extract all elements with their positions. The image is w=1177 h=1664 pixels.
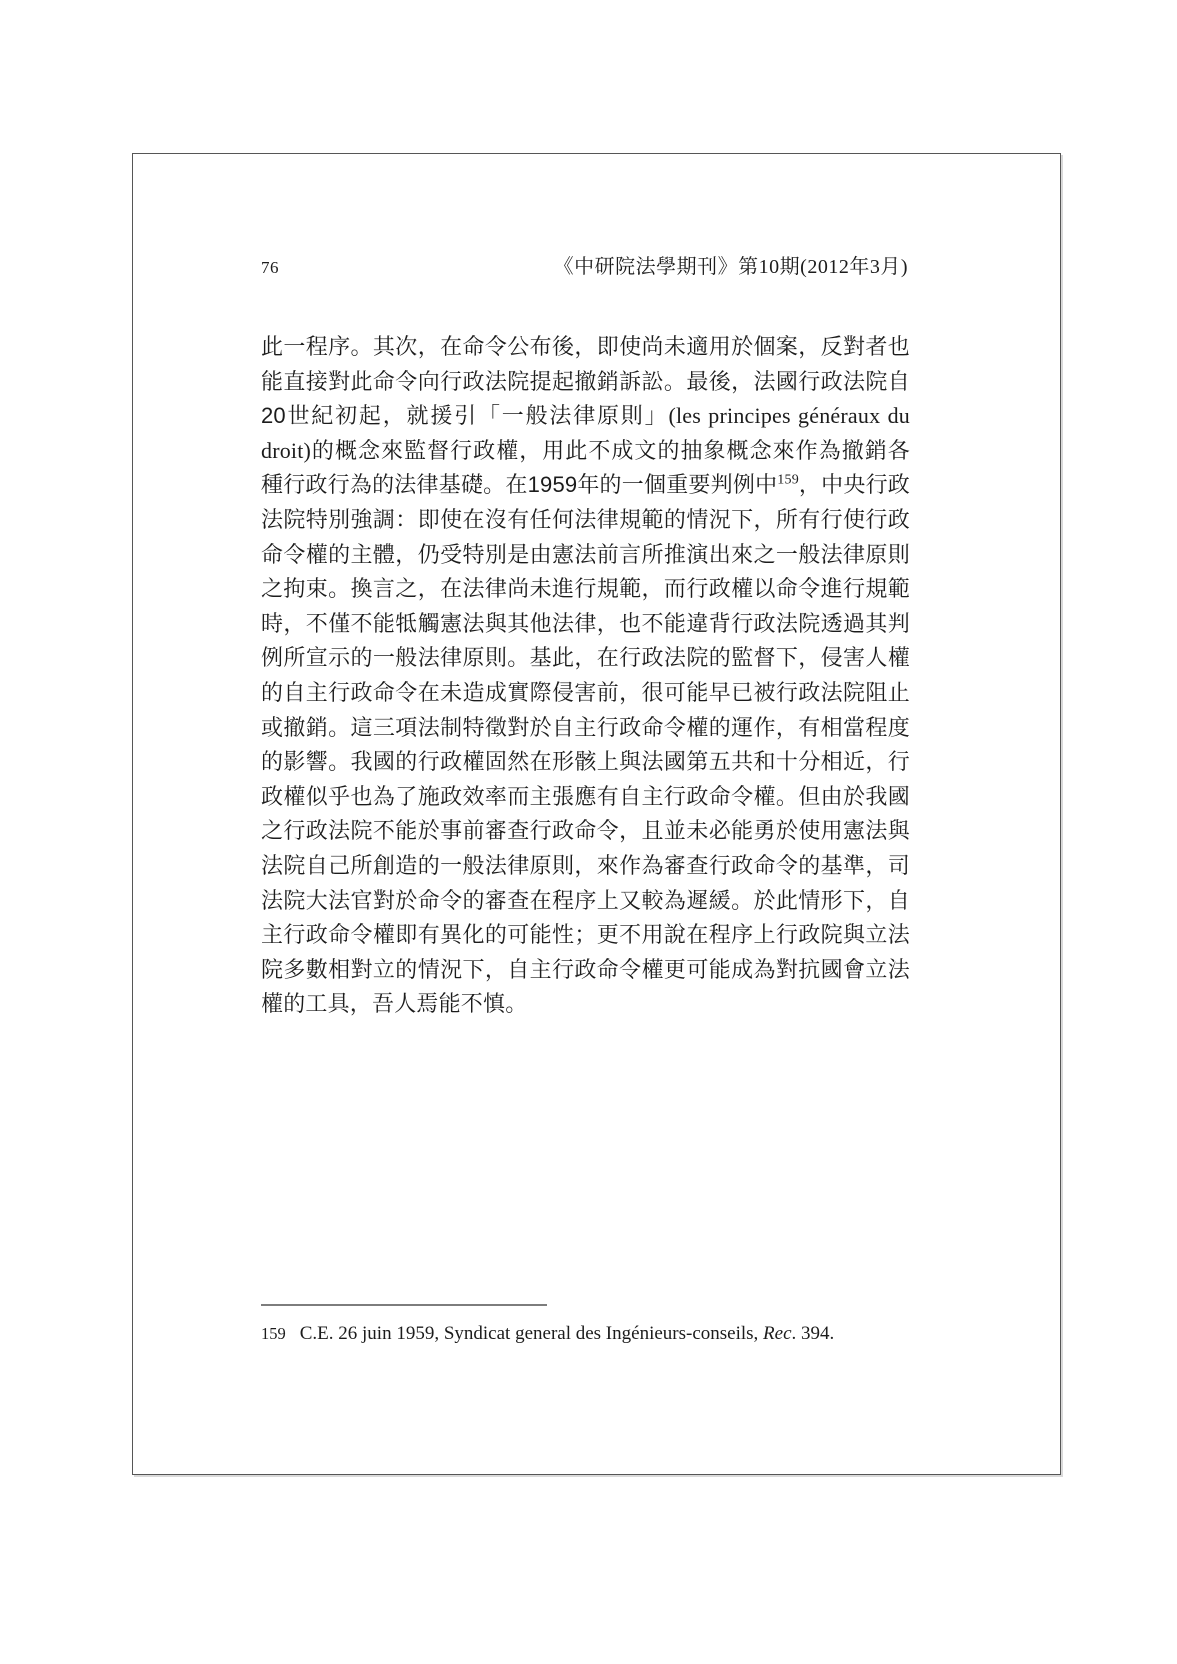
- footnote-reference-marker: 159: [777, 473, 799, 488]
- journal-header-title: 《中研院法學期刊》第10期(2012年3月): [554, 250, 908, 279]
- page-header: 76 《中研院法學期刊》第10期(2012年3月): [261, 250, 908, 279]
- footnote-citation-text: C.E. 26 juin 1959, Syndicat general des …: [300, 1323, 763, 1344]
- footnote-number: 159: [261, 1321, 286, 1346]
- body-text-segment-3: ，中央行政法院特別強調：即使在沒有任何法律規範的情況下，所有行使行政命令權的主體…: [261, 472, 910, 1016]
- journal-page-sheet: 76 《中研院法學期刊》第10期(2012年3月) 此一程序。其次，在命令公布後…: [132, 153, 1061, 1475]
- footnote-entry: 159C.E. 26 juin 1959, Syndicat general d…: [261, 1321, 910, 1346]
- page-number: 76: [261, 258, 279, 278]
- footnote-citation-page: . 394.: [792, 1323, 835, 1344]
- footnote-area: 159C.E. 26 juin 1959, Syndicat general d…: [261, 1304, 910, 1346]
- footnote-citation-reporter: Rec: [763, 1323, 791, 1344]
- body-paragraph: 此一程序。其次，在命令公布後，即使尚未適用於個案，反對者也能直接對此命令向行政法…: [261, 330, 910, 1022]
- footnote-separator-rule: [261, 1304, 547, 1306]
